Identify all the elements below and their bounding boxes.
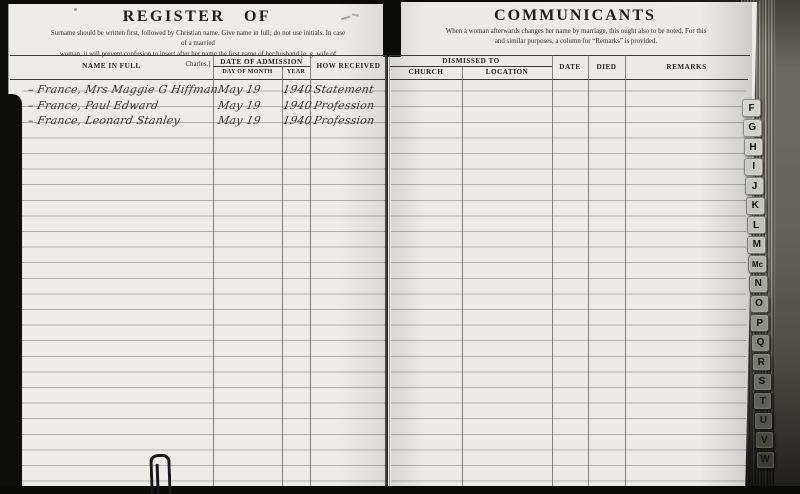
col-year: YEAR [282,69,310,75]
gutter-shadow-top [383,0,401,57]
alphabet-tab-o: O [750,295,769,313]
col-location: LOCATION [462,68,552,76]
alphabet-tab-q: Q [751,334,770,352]
right-col-divider-church-location [462,66,463,489]
col-day-of-month: DAY OF MONTH [213,69,282,75]
col-died: DIED [588,63,625,71]
alphabet-tab-n: N [749,275,768,293]
entry-day-of-month: May 19 [217,83,281,96]
alphabet-tab-h: H [744,138,763,156]
alphabet-tab-k: K [746,197,765,215]
alphabet-tab-l: L [747,216,766,234]
ink-dot [74,8,77,11]
entry-day-of-month: May 19 [217,99,281,112]
col-date-of-admission: DATE OF ADMISSION [213,58,310,66]
alphabet-tab-w: W [756,451,775,469]
entry-how-received: Statement [313,83,387,96]
entry-year: 1940 [282,114,312,127]
alphabet-tab-mc: Mc [748,255,767,273]
paper-clip [149,454,171,494]
col-date: DATE [552,63,588,71]
col-remarks: REMARKS [625,63,748,71]
right-page-ruled-lines [391,76,746,489]
left-margin-shadow-top [0,0,8,96]
right-header-sub-rule [390,66,552,67]
alphabet-tab-j: J [745,177,764,195]
entry-name: – France, Mrs Maggie G Hiffman [27,83,219,96]
right-col-divider-location-date [552,55,553,489]
left-page-ruled-lines [22,76,387,487]
alphabet-tab-u: U [754,412,773,430]
entry-how-received: Profession [313,99,387,112]
col-church: CHURCH [390,68,462,76]
alphabet-tab-f: F [742,99,761,117]
right-header-bottom-rule [390,79,748,80]
paper-clip-inner-wire [156,464,160,494]
entry-year: 1940 [282,99,312,112]
alphabet-tab-t: T [753,392,772,410]
right-col-divider-died-remarks [625,55,626,489]
entry-day-of-month: May 19 [217,114,281,127]
right-instructions-line2: and similar purposes, a column for “Rema… [440,37,712,47]
col-name-in-full: NAME IN FULL [10,62,213,70]
entry-year: 1940 [282,83,312,96]
right-col-divider-date-died [588,55,589,489]
entry-name: – France, Paul Edward [27,99,219,112]
entry-name: – France, Leonard Stanley [27,114,219,127]
right-page-instructions: When a woman afterwards changes her name… [440,27,712,48]
register-book-scan: REGISTER OF COMMUNICANTS Surname should … [0,0,800,494]
col-dismissed-to: DISMISSED TO [390,57,552,65]
alphabet-tab-g: G [743,119,762,137]
alphabet-tab-v: V [755,431,774,449]
alphabet-tab-r: R [752,353,771,371]
left-page-gutter-shading [338,4,387,488]
gutter-fold-line-2 [389,55,390,488]
left-col-divider-day-year [282,66,283,487]
book-cover-edge [772,0,800,494]
bottom-shadow-edge [0,486,800,494]
left-header-bottom-rule [10,79,387,80]
alphabet-tab-p: P [750,314,769,332]
right-page-edge-shading [700,2,752,488]
left-margin-shadow [0,94,22,494]
right-instructions-line1: When a woman afterwards changes her name… [440,27,712,37]
alphabet-tab-i: I [744,158,763,176]
col-how-received: HOW RECEIVED [310,62,387,70]
entry-how-received: Profession [313,114,387,127]
right-page-title: COMMUNICANTS [425,7,725,25]
left-instructions-line1: Surname should be written first, followe… [48,29,348,50]
alphabet-tab-s: S [753,373,772,391]
left-page-edge-line [8,4,9,95]
alphabet-tab-m: M [747,236,766,254]
left-page-title: REGISTER OF [47,8,347,26]
